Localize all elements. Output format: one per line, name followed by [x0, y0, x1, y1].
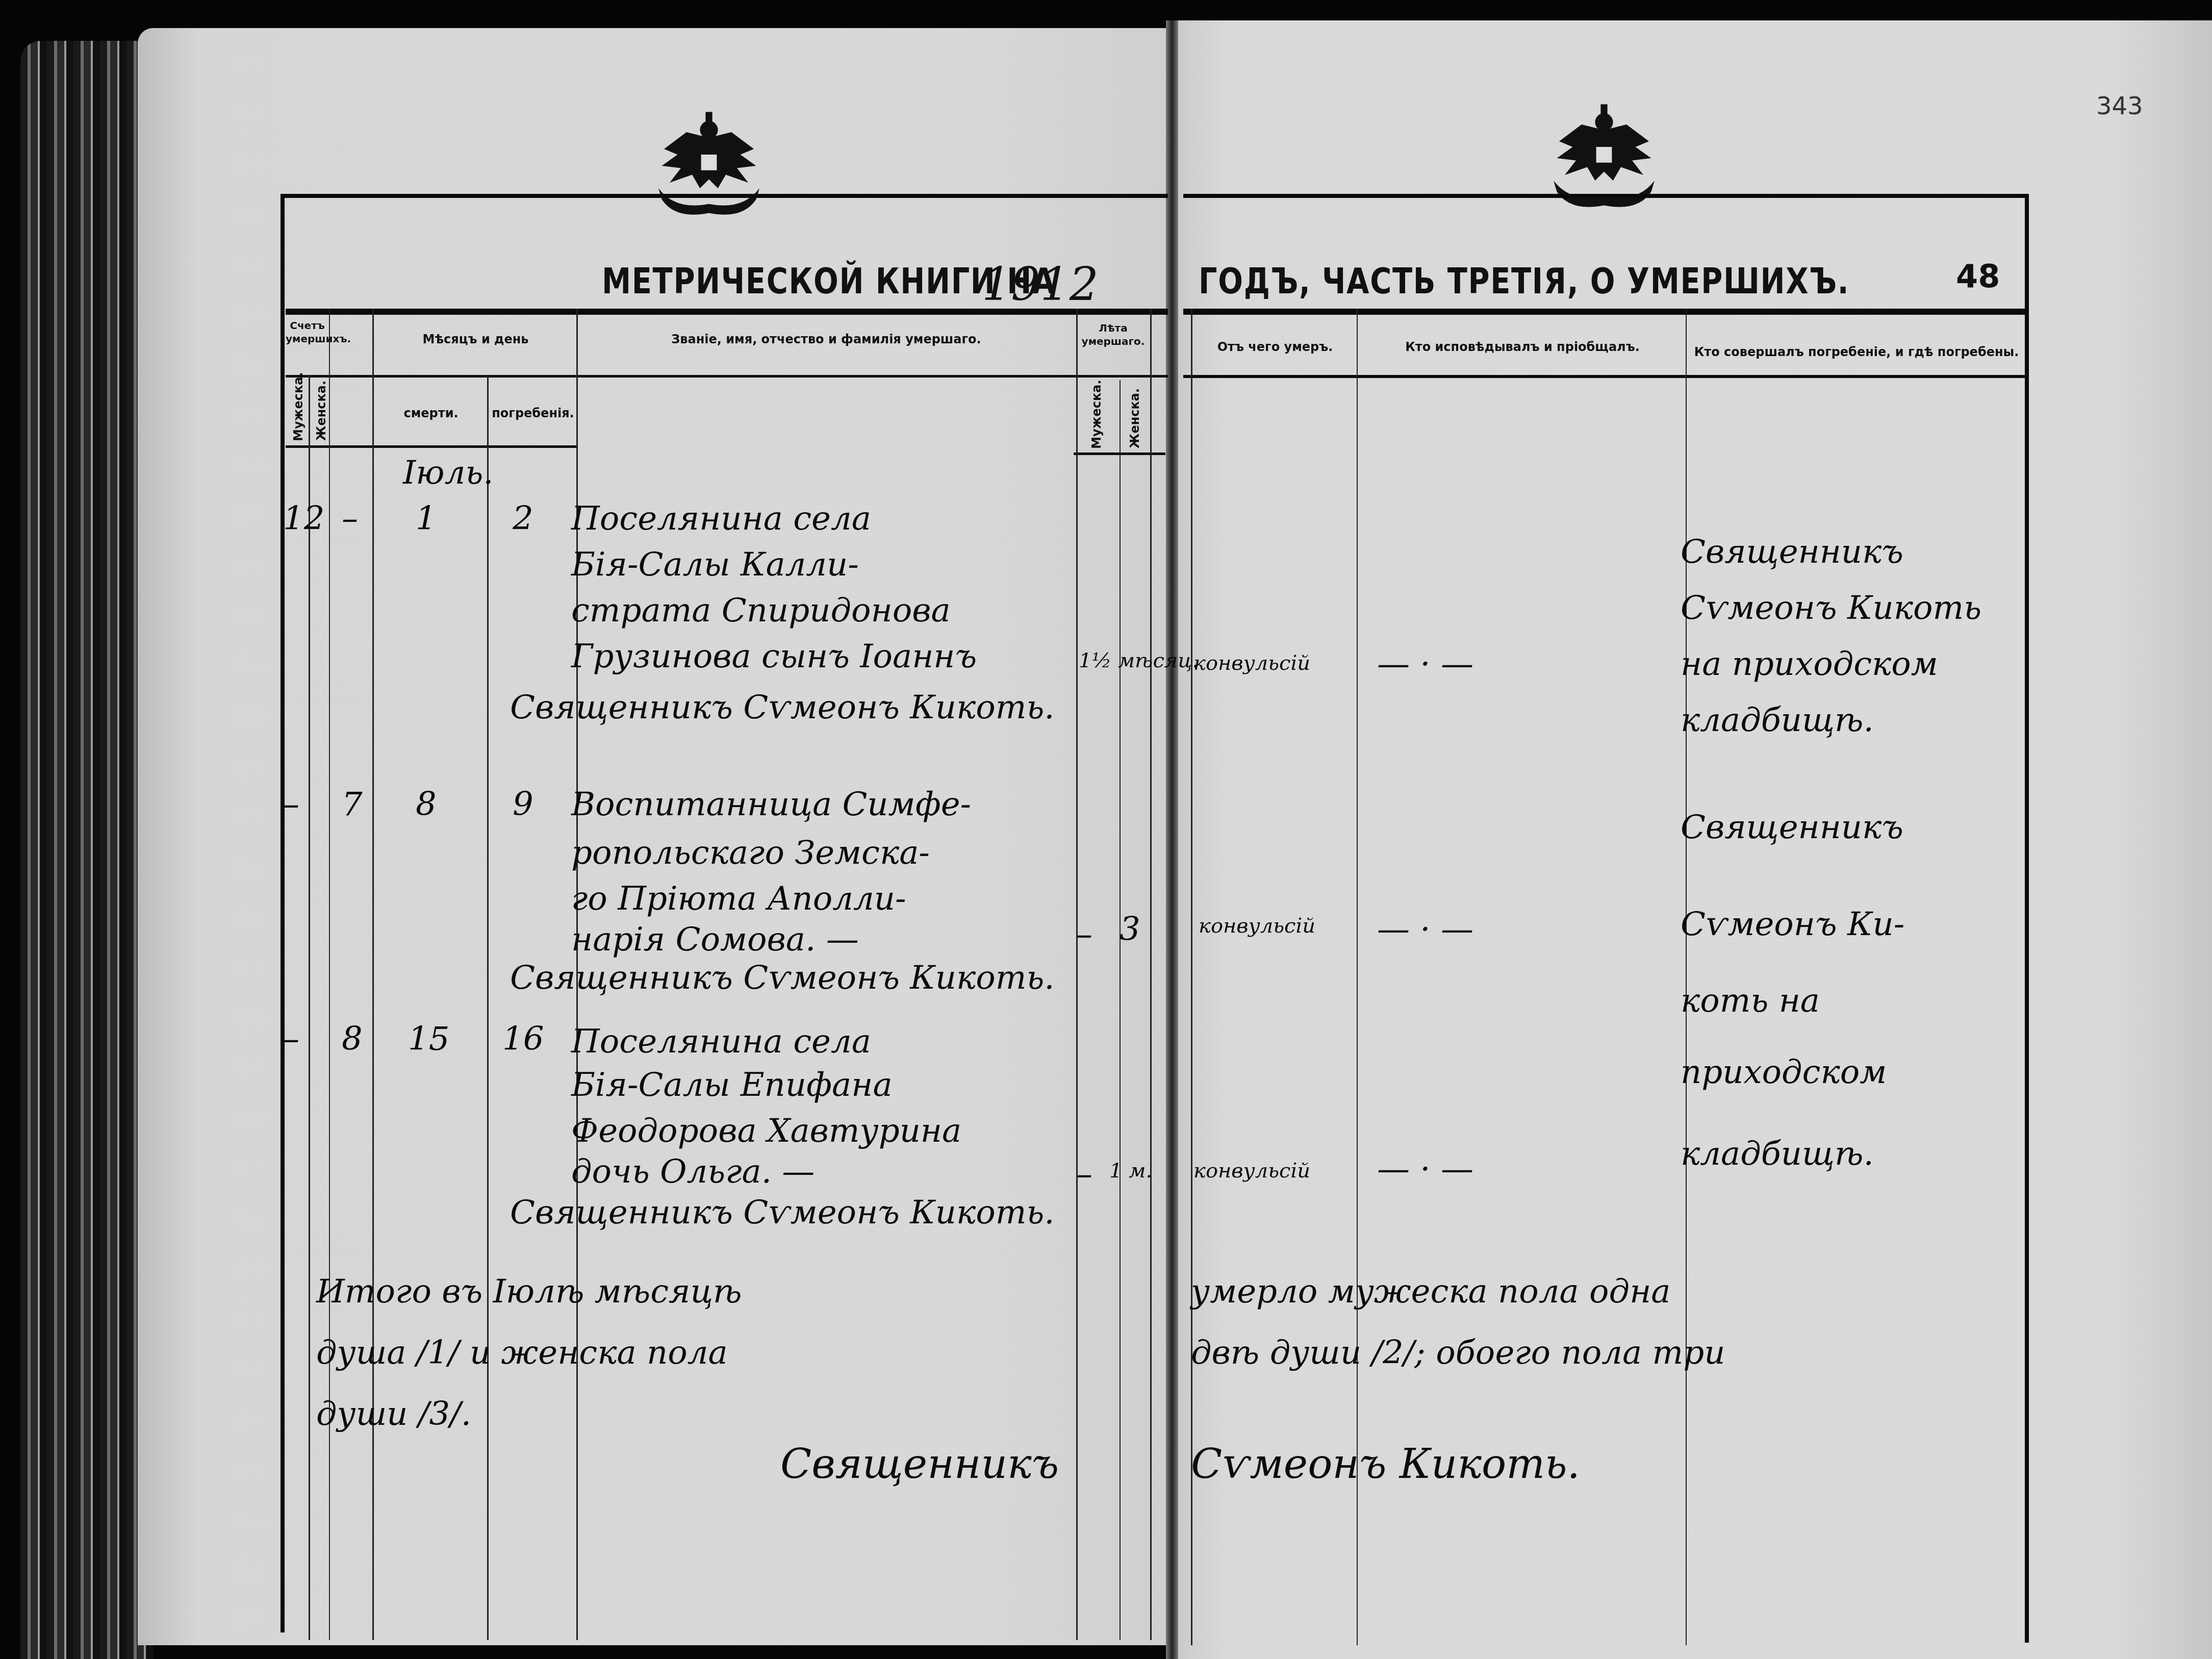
header-top-rule: [286, 309, 1168, 315]
entry-confessor: — · —: [1377, 648, 1473, 681]
header-age: Лѣта умершаго.: [1076, 321, 1150, 348]
entry-clergy-signature: Священникъ Сѵмеонъ Кикоть.: [510, 962, 1055, 994]
entry-cause: конвульсій: [1199, 916, 1315, 936]
header-name: Званіе, имя, отчество и фамилія умершаго…: [581, 332, 1071, 347]
entry-name-line: Грузинова сынъ Іоаннъ: [571, 640, 977, 673]
summary-line: умерло мужеска пола одна: [1191, 1275, 1670, 1308]
summary-line: души /3/.: [316, 1398, 471, 1430]
entry-female-number: 7: [342, 788, 363, 821]
entry-name-line: Поселянина села: [571, 1025, 871, 1058]
entry-name-line: Бія-Салы Калли-: [571, 548, 859, 581]
entry-burial-line: на приходском: [1681, 648, 1938, 681]
header-month-day: Мѣсяцъ и день: [375, 332, 576, 347]
column-divider: [1120, 380, 1121, 1640]
entry-name-line: Воспитанница Симфе-: [571, 788, 971, 821]
frame-right-rule: [2025, 194, 2029, 1643]
entry-burial-line: Священникъ: [1681, 811, 1903, 844]
column-divider: [1150, 309, 1152, 1640]
summary-line: Итого въ Іюлѣ мѣсяцѣ: [316, 1275, 742, 1308]
entry-confessor: — · —: [1377, 1153, 1473, 1186]
header-top-rule: [1183, 309, 2025, 315]
column-divider: [487, 375, 489, 1640]
entry-death-day: 1: [416, 502, 437, 535]
entry-confessor: — · —: [1377, 913, 1473, 946]
folio-number: 48: [1956, 258, 2000, 295]
entry-burial-day: 16: [502, 1023, 544, 1055]
entry-clergy-signature: Священникъ Сѵмеонъ Кикоть.: [510, 1196, 1055, 1229]
entry-burial-line: Священникъ: [1681, 536, 1903, 568]
frame-top-rule: [281, 194, 1168, 198]
entry-female-number: 8: [342, 1023, 363, 1055]
header-age-female: Женска.: [1127, 388, 1143, 449]
entry-cause: конвульсій: [1193, 653, 1310, 673]
archive-page-number: 343: [2096, 92, 2143, 120]
frame-left-rule: [281, 194, 285, 1632]
entry-name-line: нарія Сомова. —: [571, 923, 859, 956]
entry-name-line: дочь Ольга. —: [571, 1155, 815, 1188]
entry-female-number: –: [342, 502, 358, 535]
entry-burial-day: 9: [513, 788, 533, 821]
entry-name-line: Феодорова Хавтурина: [571, 1115, 961, 1147]
header-burial: погребенія.: [490, 406, 576, 421]
entry-burial-line: кладбищѣ.: [1681, 704, 1874, 737]
entry-name-line: Поселянина села: [571, 502, 871, 535]
header-count-of-deceased: Счетъ умершихъ.: [286, 319, 329, 345]
entry-burial-line: кладбищѣ.: [1681, 1138, 1874, 1170]
column-divider: [309, 375, 310, 1640]
entry-male-number: 12: [283, 502, 324, 535]
entry-cause: конвульсій: [1193, 1161, 1310, 1181]
summary-line: душа /1/ и женска пола: [316, 1337, 728, 1369]
entry-burial-line: Сѵмеонъ Кикоть: [1681, 592, 1981, 624]
column-divider: [1076, 309, 1078, 1640]
entry-age-female: 1 м.: [1109, 1161, 1152, 1181]
entry-clergy-signature: Священникъ Сѵмеонъ Кикоть.: [510, 691, 1055, 724]
header-age-male: Мужеска.: [1089, 388, 1105, 449]
column-divider: [372, 309, 374, 1640]
header-death: смерти.: [375, 406, 487, 421]
header-confessor: Кто исповѣдывалъ и пріобщалъ.: [1359, 339, 1686, 355]
book-gutter: [1166, 20, 1178, 1659]
entry-name-line: страта Спиридонова: [571, 594, 951, 627]
entry-age-female: 3: [1120, 913, 1140, 946]
entry-burial-line: приходском: [1681, 1056, 1887, 1089]
imperial-eagle-crest-icon: [650, 110, 768, 222]
summary-signature-name: Сѵмеонъ Кикоть.: [1191, 1444, 1580, 1485]
month-label: Іюль.: [403, 457, 494, 489]
frame-top-rule: [1183, 194, 2025, 198]
summary-line: двѣ души /2/; обоего пола три: [1191, 1337, 1725, 1369]
header-count-male: Мужеска.: [291, 380, 307, 441]
entry-age-male: –: [1076, 1158, 1092, 1191]
entry-name-line: Бія-Салы Епифана: [571, 1069, 893, 1101]
entry-male-number: –: [283, 1023, 299, 1055]
entry-name-line: го Пріюта Аполли-: [571, 883, 906, 915]
entry-burial-line: коть на: [1681, 985, 1820, 1017]
entry-burial-line: Сѵмеонъ Ки-: [1681, 908, 1904, 941]
entry-age-male: –: [1076, 918, 1092, 951]
header-cause: Отъ чего умеръ.: [1193, 339, 1357, 355]
entry-burial-day: 2: [513, 502, 533, 535]
column-divider: [1686, 309, 1687, 1645]
entry-age-male: 1½ мѣсяц.: [1079, 650, 1199, 671]
book-page-edges: [20, 41, 153, 1659]
title-year: 1912: [982, 258, 1099, 311]
entry-name-line: ропольскаго Земска-: [571, 837, 930, 869]
header-burial-by: Кто совершалъ погребеніе, и гдѣ погребен…: [1688, 344, 2025, 360]
entry-death-day: 8: [416, 788, 437, 821]
title-right: ГОДЪ, ЧАСТЬ ТРЕТІЯ, О УМЕРШИХЪ.: [1199, 260, 1849, 302]
header-mid-rule: [286, 375, 1168, 378]
entry-death-day: 15: [408, 1023, 449, 1055]
summary-signature-title: Священникъ: [780, 1444, 1059, 1485]
header-count-female: Женска.: [314, 380, 329, 441]
header-bottom-rule: [1183, 375, 2025, 378]
column-divider: [329, 309, 330, 1640]
entry-male-number: –: [283, 788, 299, 821]
